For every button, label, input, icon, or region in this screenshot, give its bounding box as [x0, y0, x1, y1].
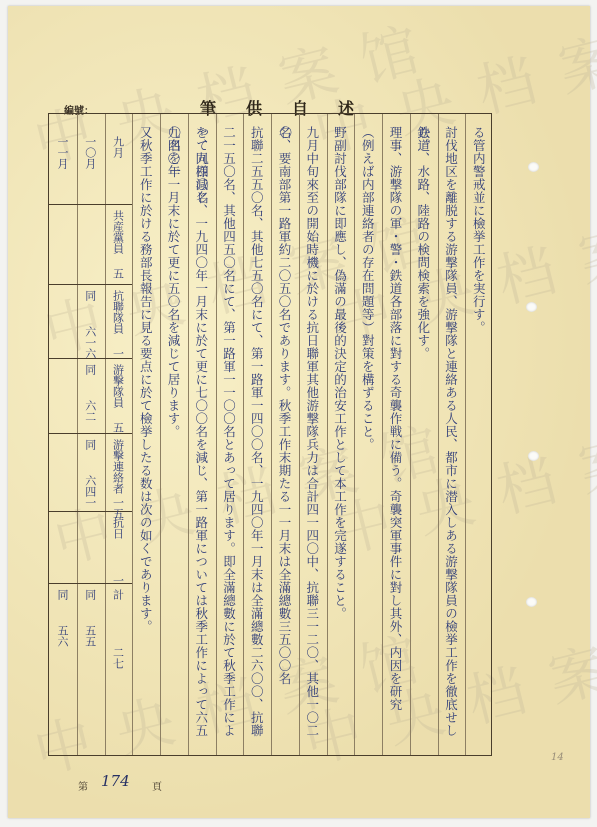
- table-cell: 六四一: [77, 475, 104, 508]
- manuscript-column: 鉄道、水路、陸路の検問検索を強化す。: [410, 126, 437, 746]
- manuscript-column: 名、要南部第一路軍約二〇五〇名であります。秋季工作末期たる一一月末は全滿總數三五…: [271, 126, 298, 746]
- page-number: 174: [101, 772, 130, 790]
- binding-hole: [526, 597, 537, 607]
- table-month-header: 一〇月: [77, 136, 104, 169]
- page-prefix: 第: [78, 778, 88, 793]
- manuscript-column: 九月中旬來至の開始時機に於ける抗日聯軍其他游撃隊兵力は合計四一四〇中、抗聯三一二…: [299, 126, 326, 746]
- table-cell: 五: [105, 268, 132, 279]
- margin-note: 14: [551, 752, 564, 763]
- manuscript-column: 野副討伐部隊に即應し、偽滿の最後的決定的治安工作として本工作を完遂すること。: [327, 126, 354, 746]
- table-cell: 同: [77, 589, 104, 600]
- table-cell: 抗聯隊員: [105, 290, 132, 334]
- table-cell: 一五: [105, 497, 132, 519]
- manuscript-grid: る管内警戒並に檢挙工作を実行す。討伐地区を離脱する游撃隊員、游撃隊と連絡ある人民…: [48, 113, 492, 756]
- table-cell: 抗日: [105, 517, 132, 539]
- table-cell: 同: [77, 439, 104, 450]
- manuscript-column: 二一五〇名、其他四五〇名にて、第一路軍一一〇〇名とあって居ります。即全滿總數に於…: [216, 126, 243, 746]
- manuscript-column: 又秋季工作に於ける務部長報告に見る要点に於て檢挙したる数は次の如くであります。: [132, 126, 159, 746]
- binding-hole: [528, 451, 539, 461]
- manuscript-column: を、同様減じ、一九四〇年一月末に於て更に七〇〇名を減じ、第一路軍については秋季工…: [188, 126, 215, 746]
- table-cell: 同: [77, 364, 104, 375]
- table-cell: 游撃隊員: [105, 364, 132, 408]
- table-row-rule: [49, 204, 132, 205]
- table-cell: 同: [77, 290, 104, 301]
- table-cell: 游撃連絡者: [105, 439, 132, 494]
- manuscript-column: 抗聯二五五〇名、其他七五〇名にて、第一路軍一四〇〇名、一九四〇年一月末は全滿總數…: [243, 126, 270, 746]
- table-row-rule: [49, 284, 132, 285]
- table-row-rule: [49, 433, 132, 434]
- table-cell: 一: [105, 348, 132, 359]
- table-cell: 一: [105, 575, 132, 586]
- table-cell: 六二: [77, 400, 104, 422]
- manuscript-column: る管内警戒並に檢挙工作を実行す。: [465, 126, 492, 746]
- binding-hole: [526, 302, 537, 312]
- binding-hole: [528, 162, 539, 172]
- table-cell: 五五: [77, 625, 104, 647]
- table-cell: 計: [105, 589, 132, 600]
- table-cell: 同: [49, 589, 76, 600]
- manuscript-column: 九四〇年一月末に於て更に五〇名を減じて居ります。: [160, 126, 187, 746]
- table-cell: 共産黨員: [105, 210, 132, 254]
- table-month-header: 九月: [105, 136, 132, 158]
- table-cell: 五六: [49, 625, 76, 647]
- table-cell: 五: [105, 422, 132, 433]
- column-rule: [77, 114, 78, 755]
- page-suffix: 頁: [152, 778, 162, 793]
- manuscript-column: （例えば内部連絡者の存在問題等）對策を構ずること。: [354, 126, 381, 746]
- table-cell: 六一六: [77, 326, 104, 359]
- table-month-header: 一一月: [49, 136, 76, 169]
- manuscript-column: 理事、游撃隊の軍・警・鉄道各部落に對する奇襲作戦に備う。奇襲突軍事件に對し其外、…: [382, 126, 409, 746]
- table-cell: 二七: [105, 647, 132, 669]
- manuscript-column: 討伐地区を離脱する游撃隊員、游撃隊と連絡ある人民、都市に潜入しある游撃隊員の檢挙…: [438, 126, 465, 746]
